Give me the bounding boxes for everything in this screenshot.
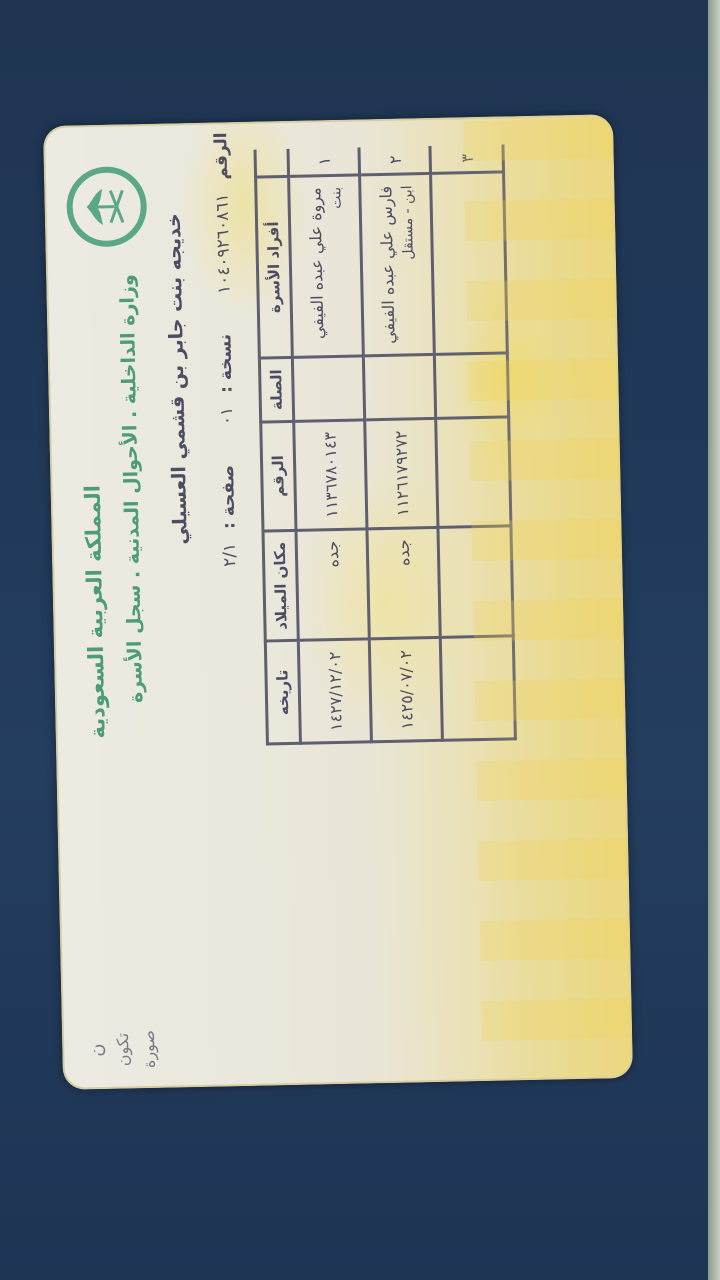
copy-label: نسخة : bbox=[215, 334, 236, 393]
row-index: ٢ bbox=[359, 146, 431, 175]
table-row: ٢ فارس علي عبده الفيفي ابن - مستقل ١١٢٦١… bbox=[359, 146, 442, 742]
meta-row: الرقم ١٠٤٠٩٢٦٠٨٦١ نسخة : ٠١ صفحة : ٢/١ bbox=[211, 132, 247, 906]
record-label: الرقم bbox=[211, 132, 232, 180]
header-relation: الصلة bbox=[259, 357, 293, 421]
owner-name: خديجه بنت جابر بن قشمي العسيلي bbox=[163, 213, 192, 545]
id-number-cell: ١١٣٦٧٨٠١٤٣ bbox=[294, 420, 367, 530]
birth-date-cell: ١٤٢٧/١٢/٠٢ bbox=[298, 639, 371, 743]
row-index: ١ bbox=[288, 147, 360, 176]
member-name-text: فارس علي عبده الفيفي bbox=[376, 186, 398, 344]
page-value: ٢/١ bbox=[220, 543, 240, 567]
id-number: ١١٢٦١٧٩٢٧٢ bbox=[391, 430, 412, 516]
header-birth-date: تاريخه bbox=[265, 641, 300, 744]
saudi-emblem-icon bbox=[66, 166, 148, 248]
birth-date: ١٤٢٥/٠٧/٠٢ bbox=[396, 650, 417, 730]
id-number: ١١٣٦٧٨٠١٤٣ bbox=[320, 432, 341, 518]
id-number-cell: ١١٢٦١٧٩٢٧٢ bbox=[365, 418, 438, 528]
page-label: صفحة : bbox=[218, 465, 239, 529]
background-wall-edge bbox=[708, 0, 720, 1280]
corner-mark: ن bbox=[84, 1031, 111, 1070]
family-registry-card: المملكة العربية السعودية وزارة الداخلية … bbox=[43, 114, 633, 1090]
palm-swords-icon bbox=[78, 178, 135, 235]
birthplace-cell bbox=[438, 526, 513, 638]
member-name-text: مروة علي عبده الفيفي bbox=[305, 187, 327, 345]
member-name: فارس علي عبده الفيفي ابن - مستقل bbox=[360, 173, 435, 355]
table-row: ٣ bbox=[430, 144, 515, 740]
birth-date: ١٤٢٧/١٢/٠٢ bbox=[325, 651, 346, 731]
birthplace-cell: جده bbox=[367, 527, 440, 639]
copy-number: نسخة : ٠١ bbox=[215, 334, 237, 426]
birth-date-cell bbox=[440, 636, 515, 740]
record-value: ١٠٤٠٩٢٦٠٨٦١ bbox=[212, 193, 234, 294]
member-name: مروة علي عبده الفيفي بنت bbox=[289, 175, 364, 357]
id-number-cell bbox=[436, 417, 511, 527]
header-country: المملكة العربية السعودية bbox=[81, 485, 110, 739]
header-id-number: الرقم bbox=[261, 421, 296, 531]
corner-line-1: تكون bbox=[110, 1030, 137, 1069]
relation-cell bbox=[434, 353, 508, 418]
header-ministry: وزارة الداخلية . الأحوال المدنية . سجل ا… bbox=[116, 274, 147, 703]
row-index: ٣ bbox=[430, 144, 504, 173]
member-name bbox=[431, 172, 508, 355]
birth-date-cell: ١٤٢٥/٠٧/٠٢ bbox=[369, 638, 442, 742]
relation-cell bbox=[363, 354, 435, 419]
birthplace: جده bbox=[322, 541, 342, 568]
relation-cell bbox=[292, 356, 364, 421]
member-relation: بنت bbox=[328, 187, 347, 345]
corner-note: ن تكون صورة bbox=[84, 1030, 163, 1070]
corner-line-2: صورة bbox=[136, 1030, 163, 1069]
table-row: ١ مروة علي عبده الفيفي بنت ١١٣٦٧٨٠١٤٣ جد… bbox=[288, 147, 371, 743]
record-number: الرقم ١٠٤٠٩٢٦٠٨٦١ bbox=[211, 132, 234, 294]
birthplace: جده bbox=[393, 539, 413, 566]
header-birthplace: مكان الميلاد bbox=[263, 530, 298, 641]
page-number: صفحة : ٢/١ bbox=[218, 465, 240, 567]
header-members: أفراد الأسرة bbox=[256, 176, 293, 358]
copy-value: ٠١ bbox=[217, 407, 237, 426]
birthplace-cell: جده bbox=[296, 529, 369, 641]
index-header bbox=[255, 149, 289, 177]
family-members-table: أفراد الأسرة الصلة الرقم مكان الميلاد تا… bbox=[254, 144, 517, 745]
member-relation: ابن - مستقل bbox=[399, 185, 418, 343]
